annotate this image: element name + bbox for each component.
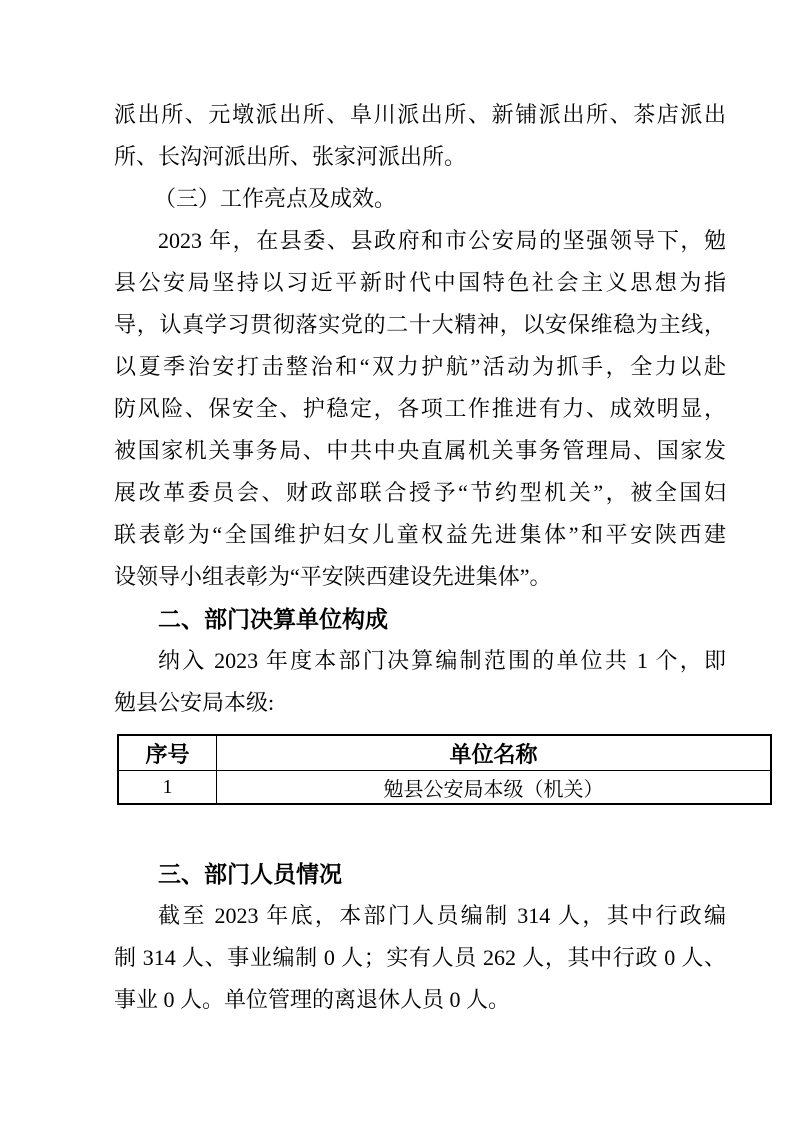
units-table: 序号 单位名称 1 勉县公安局本级（机关） [117, 734, 772, 805]
text-line: 防风险、保安全、护稳定，各项工作推进有力、成效明显， [114, 388, 726, 430]
text-line: 联表彰为“全国维护妇女儿童权益先进集体”和平安陕西建 [114, 514, 726, 556]
table-header-unit-name: 单位名称 [217, 735, 772, 771]
text-line: 被国家机关事务局、中共中央直属机关事务管理局、国家发 [114, 430, 726, 472]
text-line: 以夏季治安打击整治和“双力护航”活动为抓手，全力以赴 [114, 346, 726, 388]
table-row: 1 勉县公安局本级（机关） [118, 771, 771, 805]
text-line: 截至 2023 年底，本部门人员编制 314 人，其中行政编 [114, 895, 726, 937]
section-heading-unit-composition: 二、部门决算单位构成 [114, 598, 726, 640]
cell-unit-name: 勉县公安局本级（机关） [217, 771, 772, 805]
text-line: 所、长沟河派出所、张家河派出所。 [114, 136, 726, 178]
text-line: 派出所、元墩派出所、阜川派出所、新铺派出所、茶店派出 [114, 94, 726, 136]
text-line: 纳入 2023 年度本部门决算编制范围的单位共 1 个，即 [114, 640, 726, 682]
text-line: 县公安局坚持以习近平新时代中国特色社会主义思想为指 [114, 262, 726, 304]
cell-serial-number: 1 [118, 771, 217, 805]
paragraph-unit-scope: 纳入 2023 年度本部门决算编制范围的单位共 1 个，即 勉县公安局本级: [114, 640, 726, 724]
text-line: 导，认真学习贯彻落实党的二十大精神，以安保维稳为主线， [114, 304, 726, 346]
text-line: 展改革委员会、财政部联合授予“节约型机关”，被全国妇 [114, 472, 726, 514]
document-body: 派出所、元墩派出所、阜川派出所、新铺派出所、茶店派出 所、长沟河派出所、张家河派… [114, 94, 726, 1021]
paragraph-personnel: 截至 2023 年底，本部门人员编制 314 人，其中行政编 制 314 人、事… [114, 895, 726, 1021]
paragraph-stations: 派出所、元墩派出所、阜川派出所、新铺派出所、茶店派出 所、长沟河派出所、张家河派… [114, 94, 726, 178]
section-heading-personnel: 三、部门人员情况 [114, 853, 726, 895]
subsection-heading-work-highlights: （三）工作亮点及成效。 [114, 178, 726, 220]
text-line: 设领导小组表彰为“平安陕西建设先进集体”。 [114, 556, 726, 598]
text-line: 事业 0 人。单位管理的离退休人员 0 人。 [114, 979, 726, 1021]
units-table-header-row: 序号 单位名称 [118, 735, 771, 771]
text-line: 2023 年，在县委、县政府和市公安局的坚强领导下，勉 [114, 220, 726, 262]
table-header-serial-number: 序号 [118, 735, 217, 771]
document-page: 派出所、元墩派出所、阜川派出所、新铺派出所、茶店派出 所、长沟河派出所、张家河派… [0, 0, 793, 1122]
text-line: 制 314 人、事业编制 0 人；实有人员 262 人，其中行政 0 人、 [114, 937, 726, 979]
text-line: 勉县公安局本级: [114, 682, 726, 724]
paragraph-highlights: 2023 年，在县委、县政府和市公安局的坚强领导下，勉 县公安局坚持以习近平新时… [114, 220, 726, 598]
